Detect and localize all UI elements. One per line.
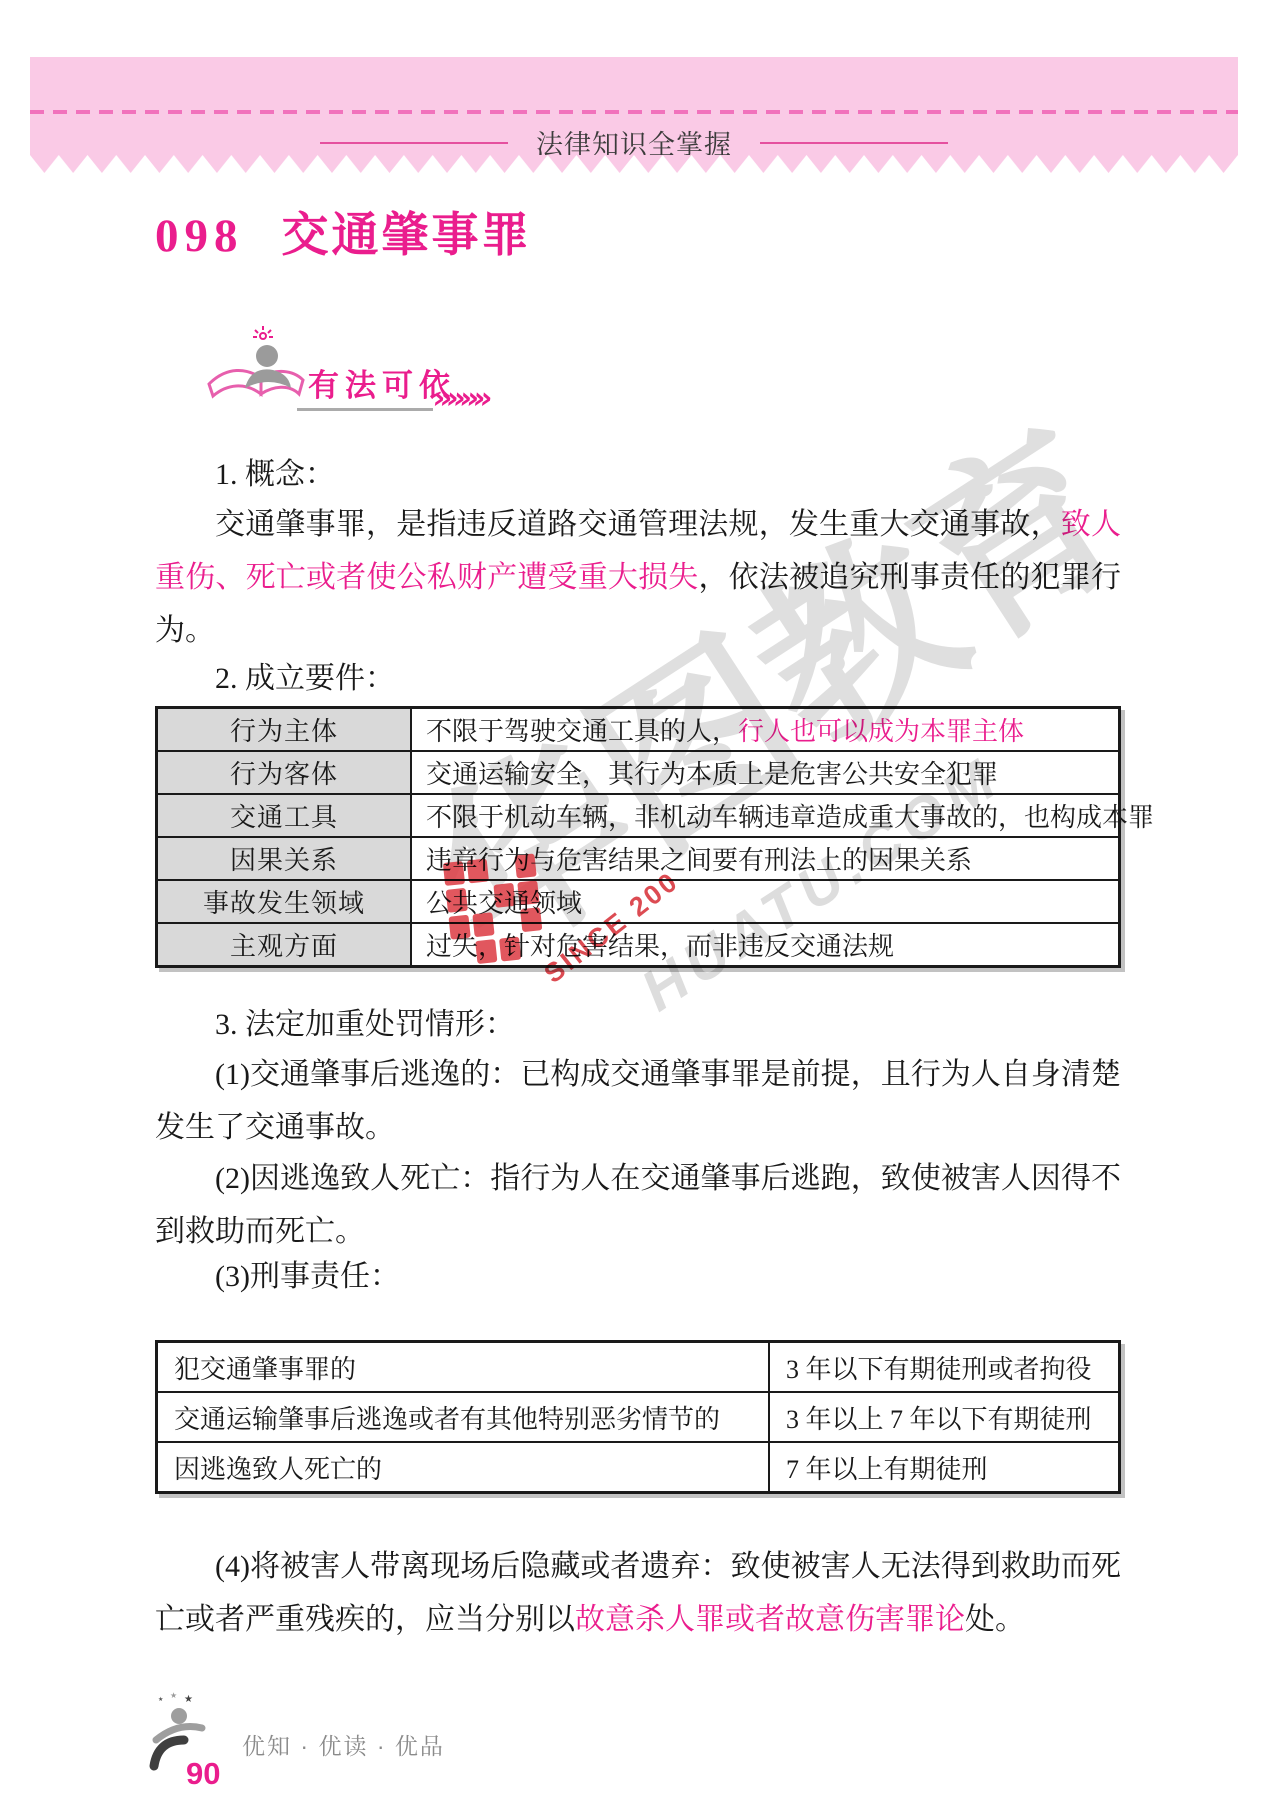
badge-underline: [297, 408, 433, 411]
aggravating-item-2: (2)因逃逸致人死亡：指行为人在交通肇事后逃跑，致使被害人因得不到救助而死亡。: [155, 1152, 1121, 1258]
page-header-band: 法律知识全掌握: [30, 57, 1238, 155]
table-row: 因逃逸致人死亡的 7 年以上有期徒刑: [158, 1441, 1118, 1491]
item4-text-pink: 故意杀人罪或者故意伤害罪论: [575, 1603, 965, 1636]
table-row: 因果关系 违章行为与危害结果之间要有刑法上的因果关系: [158, 836, 1118, 879]
header-dashed-line: [30, 110, 1238, 114]
row-label: 行为主体: [158, 709, 412, 750]
chevrons-icon: »»»»: [431, 384, 489, 414]
table-row: 交通工具 不限于机动车辆，非机动车辆违章造成重大事故的，也构成本罪: [158, 793, 1118, 836]
table-row: 行为客体 交通运输安全，其行为本质上是危害公共安全犯罪: [158, 750, 1118, 793]
svg-text:★: ★: [184, 1694, 193, 1705]
page-number: 90: [186, 1756, 220, 1792]
crime-cell: 交通运输肇事后逃逸或者有其他特别恶劣情节的: [158, 1393, 770, 1441]
crime-elements-table: 行为主体 不限于驾驶交通工具的人，行人也可以成为本罪主体 行为客体 交通运输安全…: [155, 706, 1121, 968]
section-heading: 098交通肇事罪: [155, 198, 532, 265]
row-value: 不限于机动车辆，非机动车辆违章造成重大事故的，也构成本罪: [412, 795, 1168, 836]
penalty-cell: 3 年以上 7 年以下有期徒刑: [770, 1393, 1118, 1441]
sentencing-table: 犯交通肇事罪的 3 年以下有期徒刑或者拘役 交通运输肇事后逃逸或者有其他特别恶劣…: [155, 1340, 1121, 1494]
table-row: 事故发生领域 公共交通领域: [158, 879, 1118, 922]
reader-with-book-icon: [205, 322, 305, 414]
section-title: 交通肇事罪: [282, 210, 532, 262]
aggravating-item-1: (1)交通肇事后逃逸的：已构成交通肇事罪是前提，且行为人自身清楚发生了交通事故。: [155, 1048, 1121, 1154]
law-basis-badge: 有法可依 »»»»: [205, 322, 495, 417]
row-value: 过失，针对危害结果，而非违反交通法规: [412, 924, 1118, 965]
row-value: 公共交通领域: [412, 881, 1118, 922]
table-row: 行为主体 不限于驾驶交通工具的人，行人也可以成为本罪主体: [158, 709, 1118, 750]
table-row: 犯交通肇事罪的 3 年以下有期徒刑或者拘役: [158, 1343, 1118, 1391]
footer-slogan: 优知 · 优读 · 优品: [242, 1728, 445, 1761]
header-zigzag-edge: [30, 155, 1238, 173]
row-label: 主观方面: [158, 924, 412, 965]
row-label: 交通工具: [158, 795, 412, 836]
row-value: 交通运输安全，其行为本质上是危害公共安全犯罪: [412, 752, 1118, 793]
table-row: 主观方面 过失，针对危害结果，而非违反交通法规: [158, 922, 1118, 965]
item4-text-2: 处。: [965, 1603, 1025, 1636]
concept-heading: 1. 概念：: [155, 448, 1121, 501]
penalty-cell: 7 年以上有期徒刑: [770, 1443, 1118, 1491]
aggravating-item-4: (4)将被害人带离现场后隐藏或者遗弃：致使被害人无法得到救助而死亡或者严重残疾的…: [155, 1540, 1121, 1646]
row-label: 行为客体: [158, 752, 412, 793]
row-label: 因果关系: [158, 838, 412, 879]
row-value-pink: 行人也可以成为本罪主体: [738, 711, 1024, 748]
crime-cell: 因逃逸致人死亡的: [158, 1443, 770, 1491]
elements-heading: 2. 成立要件：: [155, 652, 1121, 705]
row-value: 违章行为与危害结果之间要有刑法上的因果关系: [412, 838, 1118, 879]
criminal-liability-heading: (3)刑事责任：: [155, 1250, 1121, 1303]
row-label: 事故发生领域: [158, 881, 412, 922]
section-number: 098: [155, 210, 244, 262]
table-row: 交通运输肇事后逃逸或者有其他特别恶劣情节的 3 年以上 7 年以下有期徒刑: [158, 1391, 1118, 1441]
concept-paragraph: 交通肇事罪，是指违反道路交通管理法规，发生重大交通事故，致人重伤、死亡或者使公私…: [155, 498, 1121, 657]
row-value-black: 不限于驾驶交通工具的人，: [426, 711, 738, 748]
header-right-rule: [760, 142, 948, 144]
svg-text:★: ★: [158, 1696, 163, 1703]
svg-text:★: ★: [170, 1691, 177, 1700]
crime-cell: 犯交通肇事罪的: [158, 1343, 770, 1391]
concept-text-1: 交通肇事罪，是指违反道路交通管理法规，发生重大交通事故，: [215, 508, 1061, 541]
penalty-cell: 3 年以下有期徒刑或者拘役: [770, 1343, 1118, 1391]
aggravating-heading: 3. 法定加重处罚情形：: [155, 998, 1121, 1051]
header-left-rule: [320, 142, 508, 144]
row-value: 不限于驾驶交通工具的人，行人也可以成为本罪主体: [412, 709, 1118, 750]
